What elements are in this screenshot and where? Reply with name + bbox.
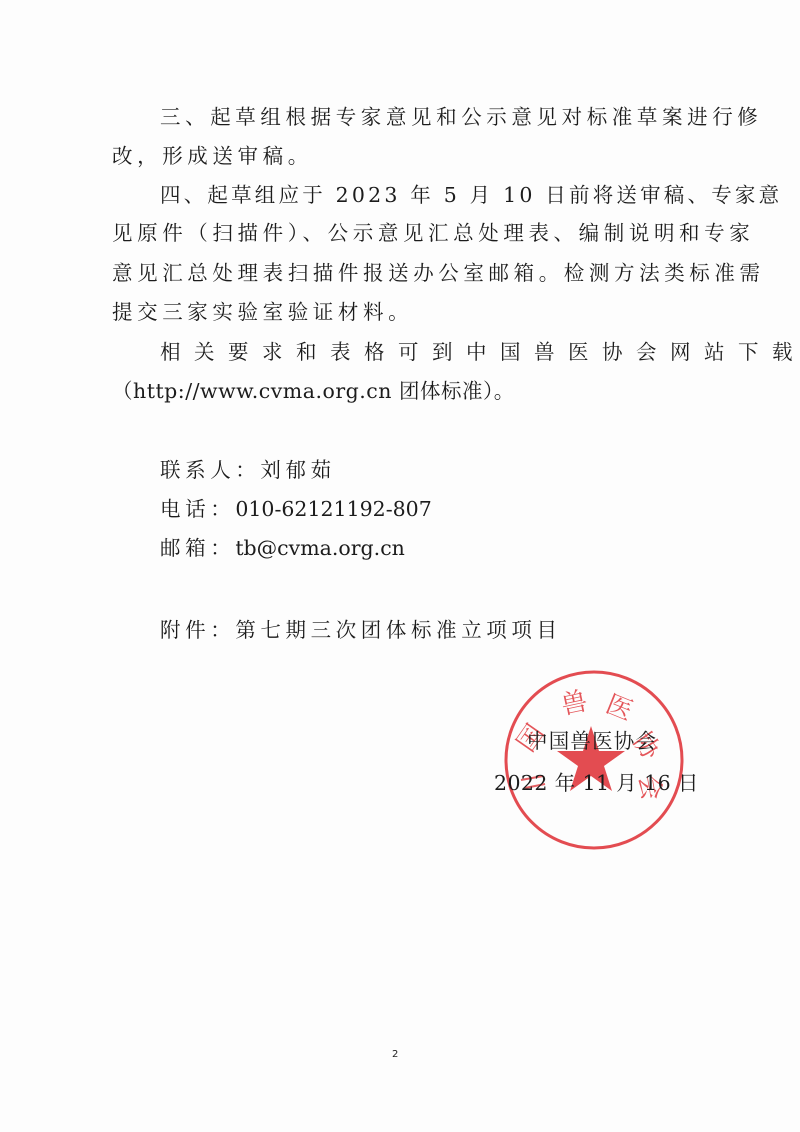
paragraph-4-line-4: 提交三家实验室验证材料。 — [112, 300, 413, 324]
contact-phone-number: 010-62121192-807 — [235, 497, 431, 521]
paragraph-4-line-3: 意见汇总处理表扫描件报送办公室邮箱。检测方法类标准需 — [112, 261, 765, 285]
seal-char-3: 医 — [602, 689, 637, 727]
contact-person-label: 联系人： — [160, 458, 260, 482]
official-seal-stamp: 国 兽 医 协 会 — [503, 668, 685, 852]
paragraph-4-line-2: 见原件（扫描件）、公示意见汇总处理表、编制说明和专家 — [112, 221, 754, 245]
attachment-label: 附件： — [160, 618, 235, 642]
paragraph-5-line-2: （http://www.cvma.org.cn 团体标准）。 — [112, 379, 515, 403]
contact-email-label: 邮箱： — [160, 536, 235, 560]
signature-organization: 中国兽医协会 — [527, 729, 657, 753]
attachment: 附件：第七期三次团体标准立项项目 — [160, 618, 562, 642]
contact-person-name: 刘郁茹 — [260, 458, 335, 482]
attachment-title: 第七期三次团体标准立项项目 — [235, 618, 561, 642]
page-number: 2 — [392, 1049, 398, 1060]
contact-email: 邮箱：tb@cvma.org.cn — [160, 536, 405, 560]
paragraph-3-line-2: 改，形成送审稿。 — [112, 144, 313, 168]
paragraph-5-line-1: 相关要求和表格可到中国兽医协会网站下载 — [160, 340, 800, 364]
contact-phone: 电话：010-62121192-807 — [160, 497, 432, 521]
seal-char-2: 兽 — [559, 686, 591, 721]
contact-phone-label: 电话： — [160, 497, 235, 521]
signature-date: 2022 年 11 月 16 日 — [494, 771, 699, 795]
contact-person: 联系人：刘郁茹 — [160, 458, 336, 482]
paragraph-3-line-1: 三、起草组根据专家意见和公示意见对标准草案进行修 — [160, 105, 762, 129]
paragraph-4-line-1: 四、起草组应于 2023 年 5 月 10 日前将送审稿、专家意 — [160, 183, 782, 207]
contact-email-address: tb@cvma.org.cn — [235, 536, 405, 560]
